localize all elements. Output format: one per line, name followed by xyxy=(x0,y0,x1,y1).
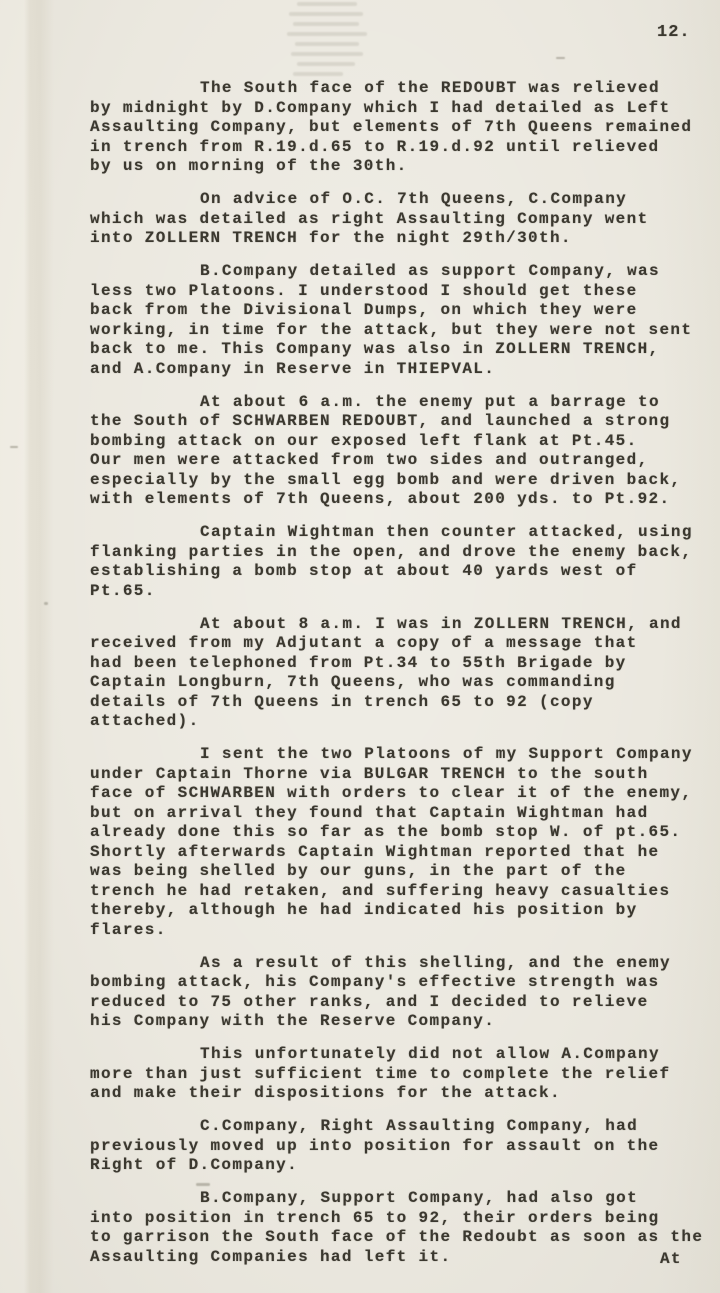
paragraph-b-company-position: B.Company, Support Company, had also got… xyxy=(90,1189,712,1267)
scanned-document-page: 12. The South face of the REDOUBT was re… xyxy=(0,0,720,1293)
paragraph-relief-of-redoubt: The South face of the REDOUBT was reliev… xyxy=(90,79,712,177)
paper-speck xyxy=(556,57,565,59)
paragraph-a-company-relief: This unfortunately did not allow A.Compa… xyxy=(90,1045,712,1104)
paragraph-message-8am: At about 8 a.m. I was in ZOLLERN TRENCH,… xyxy=(90,615,712,732)
report-body: The South face of the REDOUBT was reliev… xyxy=(90,79,712,1281)
paragraph-c-company-position: C.Company, Right Assaulting Company, had… xyxy=(90,1117,712,1176)
paragraph-enemy-barrage: At about 6 a.m. the enemy put a barrage … xyxy=(90,393,712,510)
paragraph-c-company-zollern: On advice of O.C. 7th Queens, C.Company … xyxy=(90,190,712,249)
catchword: At xyxy=(660,1250,682,1268)
ghost-text-smudge xyxy=(283,2,378,80)
paper-speck xyxy=(44,602,48,605)
paragraph-wightman-counter: Captain Wightman then counter attacked, … xyxy=(90,523,712,601)
paragraph-platoons-bulgar: I sent the two Platoons of my Support Co… xyxy=(90,745,712,940)
paragraph-strength-reduced: As a result of this shelling, and the en… xyxy=(90,954,712,1032)
page-number: 12. xyxy=(657,23,691,42)
paper-speck xyxy=(10,446,18,448)
paragraph-b-company-support: B.Company detailed as support Company, w… xyxy=(90,262,712,379)
